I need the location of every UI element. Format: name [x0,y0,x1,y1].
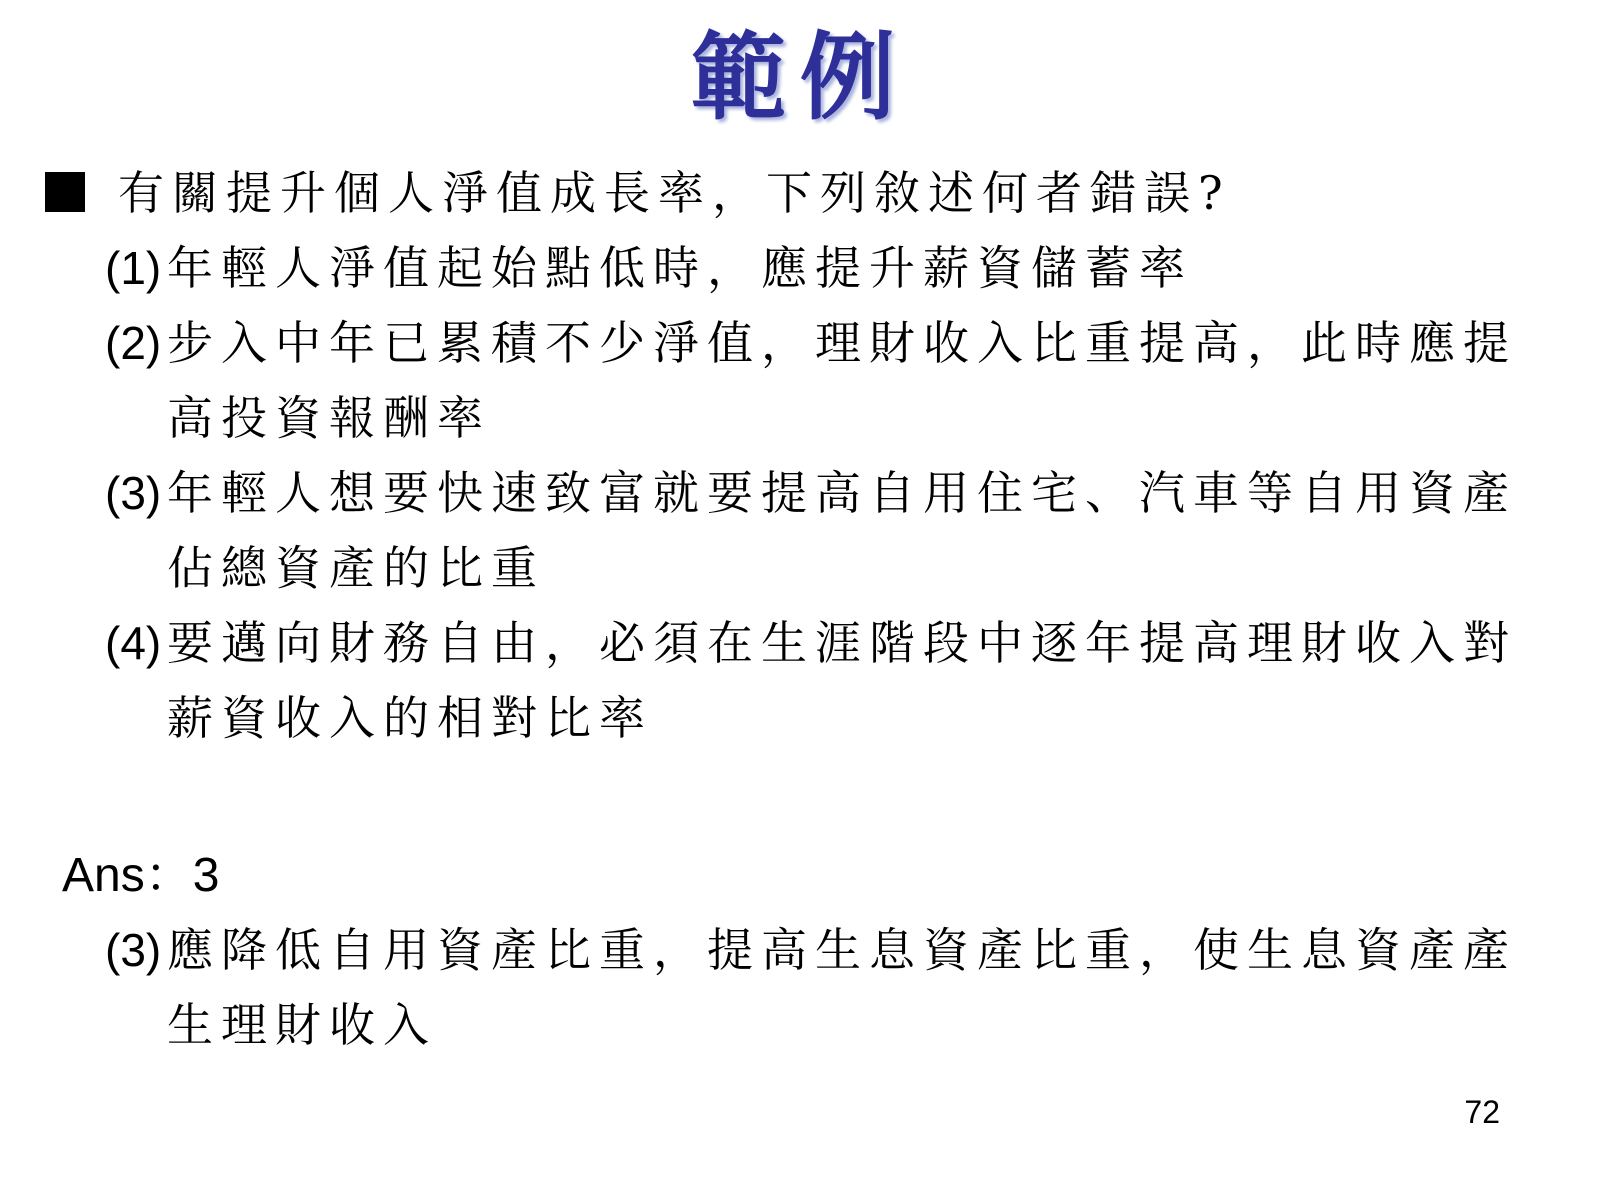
question-text: 有關提升個人淨值成長率，下列敘述何者錯誤? [118,166,1231,220]
question-line: ■有關提升個人淨值成長率，下列敘述何者錯誤? [0,156,1600,231]
bullet-square-icon: ■ [45,172,85,212]
option-2-text-continued: 高投資報酬率 [167,391,491,445]
option-1-number: (1) [105,231,167,306]
option-4-number: (4) [105,606,167,681]
answer-explanation-text: 應降低自用資產比重，提高生息資產比重，使生息資產產 [167,923,1517,977]
answer-label: Ans：3 [0,838,1600,913]
option-2-number: (2) [105,306,167,381]
option-3-number: (3) [105,456,167,531]
option-4-text: 要邁向財務自由，必須在生涯階段中逐年提高理財收入對 [167,616,1517,670]
option-2-text: 步入中年已累積不少淨值，理財收入比重提高，此時應提 [167,316,1517,370]
option-3-continuation: 佔總資產的比重 [0,531,1600,606]
option-3-text-continued: 佔總資產的比重 [167,541,545,595]
option-1-text: 年輕人淨值起始點低時，應提升薪資儲蓄率 [167,241,1193,295]
page-number: 72 [1464,1094,1500,1131]
option-1-line: (1)年輕人淨值起始點低時，應提升薪資儲蓄率 [0,231,1600,306]
answer-explanation-number: (3) [105,913,167,988]
slide-title: 範例 [0,22,1600,134]
answer-explanation-text-continued: 生理財收入 [167,998,437,1052]
answer-explanation-line: (3)應降低自用資產比重，提高生息資產比重，使生息資產產 [0,913,1600,988]
slide: 範例 ■有關提升個人淨值成長率，下列敘述何者錯誤? (1)年輕人淨值起始點低時，… [0,0,1600,1200]
option-4-line: (4)要邁向財務自由，必須在生涯階段中逐年提高理財收入對 [0,606,1600,681]
option-2-continuation: 高投資報酬率 [0,381,1600,456]
option-4-continuation: 薪資收入的相對比率 [0,681,1600,756]
option-4-text-continued: 薪資收入的相對比率 [167,691,653,745]
answer-explanation-continuation: 生理財收入 [0,988,1600,1063]
option-3-line: (3)年輕人想要快速致富就要提高自用住宅、汽車等自用資產 [0,456,1600,531]
option-2-line: (2)步入中年已累積不少淨值，理財收入比重提高，此時應提 [0,306,1600,381]
option-3-text: 年輕人想要快速致富就要提高自用住宅、汽車等自用資產 [167,466,1517,520]
slide-body: ■有關提升個人淨值成長率，下列敘述何者錯誤? (1)年輕人淨值起始點低時，應提升… [0,156,1600,1063]
